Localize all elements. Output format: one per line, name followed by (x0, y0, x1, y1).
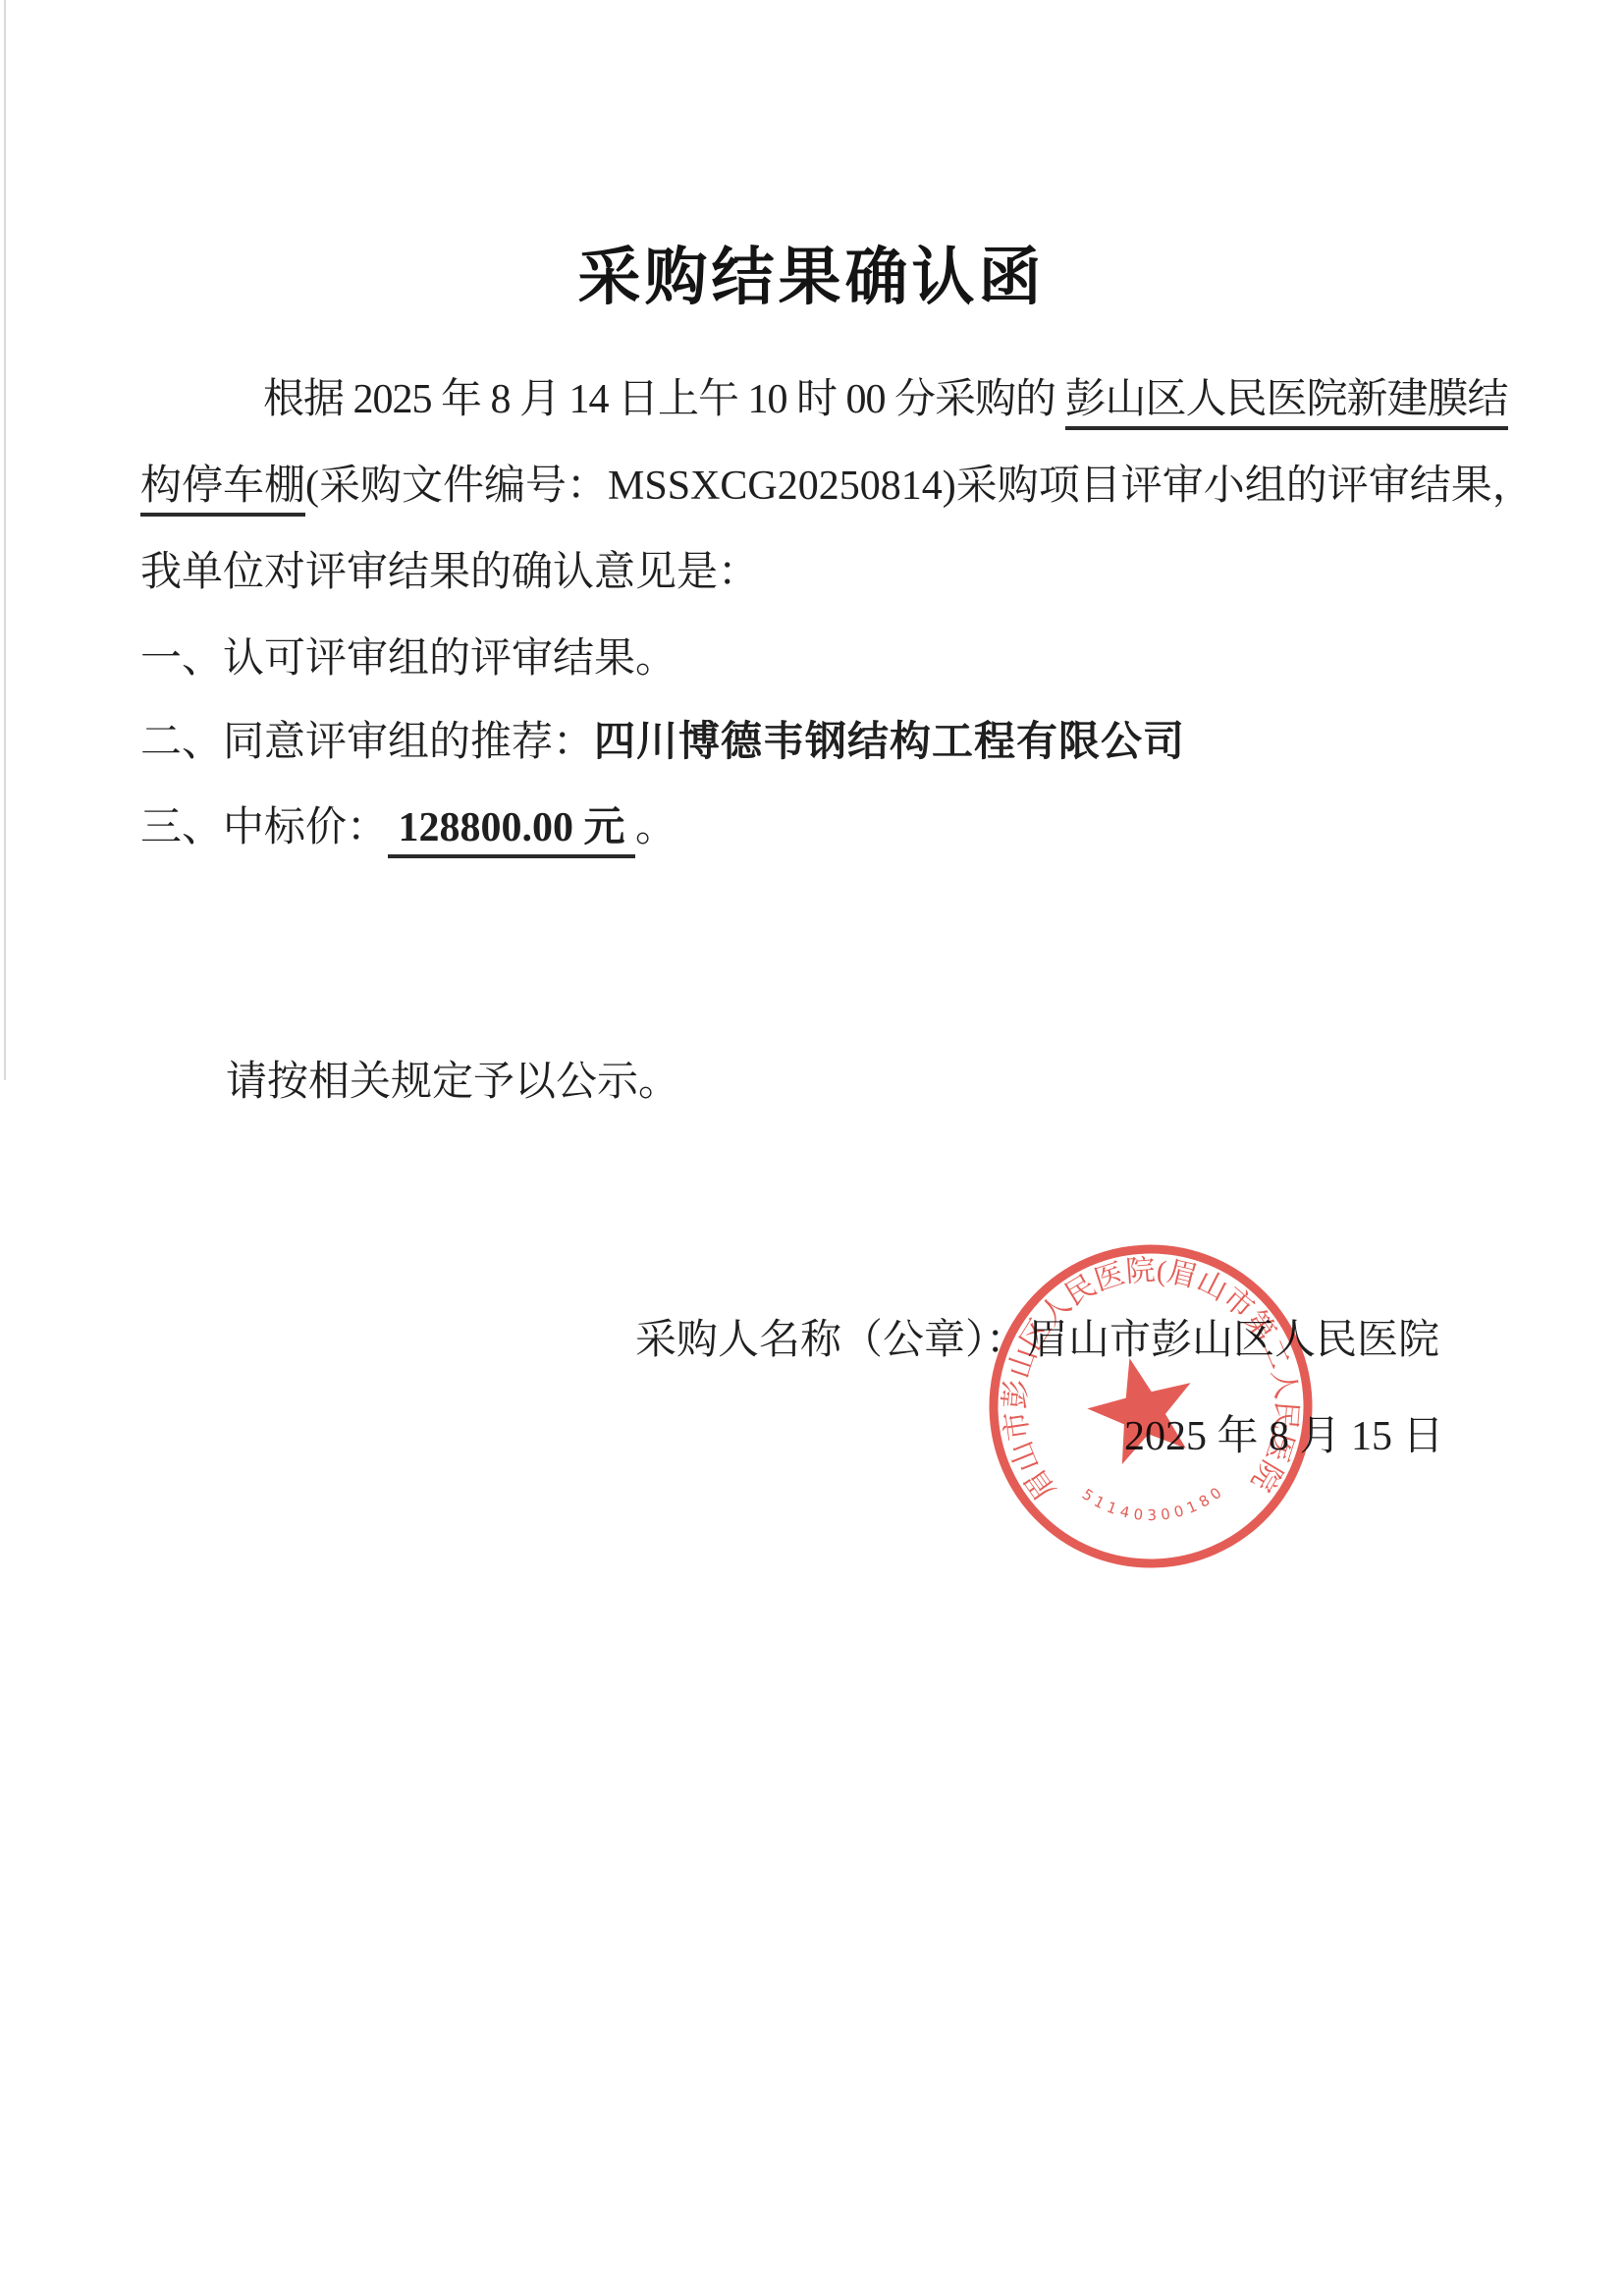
winning-company-name: 四川博德韦钢结构工程有限公司 (594, 720, 1185, 765)
intro-line-2-text: (采购文件编号：MSSXCG20250814)采购项目评审小组的评审结果， (305, 464, 1534, 509)
list-item-2-label: 二、同意评审组的推荐： (140, 720, 594, 765)
scan-artifact-line (4, 0, 6, 1080)
intro-line-3: 我单位对评审结果的确认意见是： (140, 546, 759, 600)
intro-line-2: 构停车棚(采购文件编号：MSSXCG20250814)采购项目评审小组的评审结果… (140, 460, 1534, 514)
list-item-3-label: 三、中标价： (140, 805, 388, 850)
svg-text:51140300180: 51140300180 (1078, 1480, 1229, 1526)
list-item-2: 二、同意评审组的推荐：四川博德韦钢结构工程有限公司 (140, 716, 1185, 770)
project-name-part1: 彭山区人民医院新建膜结 (1065, 377, 1508, 430)
list-item-3-period: 。 (635, 805, 676, 850)
project-name-part2: 构停车棚 (140, 464, 305, 517)
intro-line-1: 根据 2025 年 8 月 14 日上午 10 时 00 分采购的 彭山区人民医… (263, 373, 1508, 427)
closing-line: 请按相关规定予以公示。 (226, 1056, 679, 1110)
list-item-3: 三、中标价： 128800.00 元 。 (140, 801, 676, 855)
intro-line-1-text: 根据 2025 年 8 月 14 日上午 10 时 00 分采购的 (263, 377, 1065, 422)
stamp-code-number: 51140300180 (1078, 1480, 1229, 1526)
purchaser-label: 采购人名称（公章）： (635, 1318, 1027, 1363)
document-page: 采购结果确认函 根据 2025 年 8 月 14 日上午 10 时 00 分采购… (0, 0, 1623, 2296)
document-title: 采购结果确认函 (0, 227, 1623, 317)
winning-price: 128800.00 元 (388, 805, 635, 858)
list-item-1: 一、认可评审组的评审结果。 (140, 632, 676, 686)
stamp-star-icon (1078, 1345, 1206, 1469)
official-seal-stamp: 眉山市彭山区人民医院(眉山市第二人民医院) 51140300180 (978, 1233, 1324, 1579)
